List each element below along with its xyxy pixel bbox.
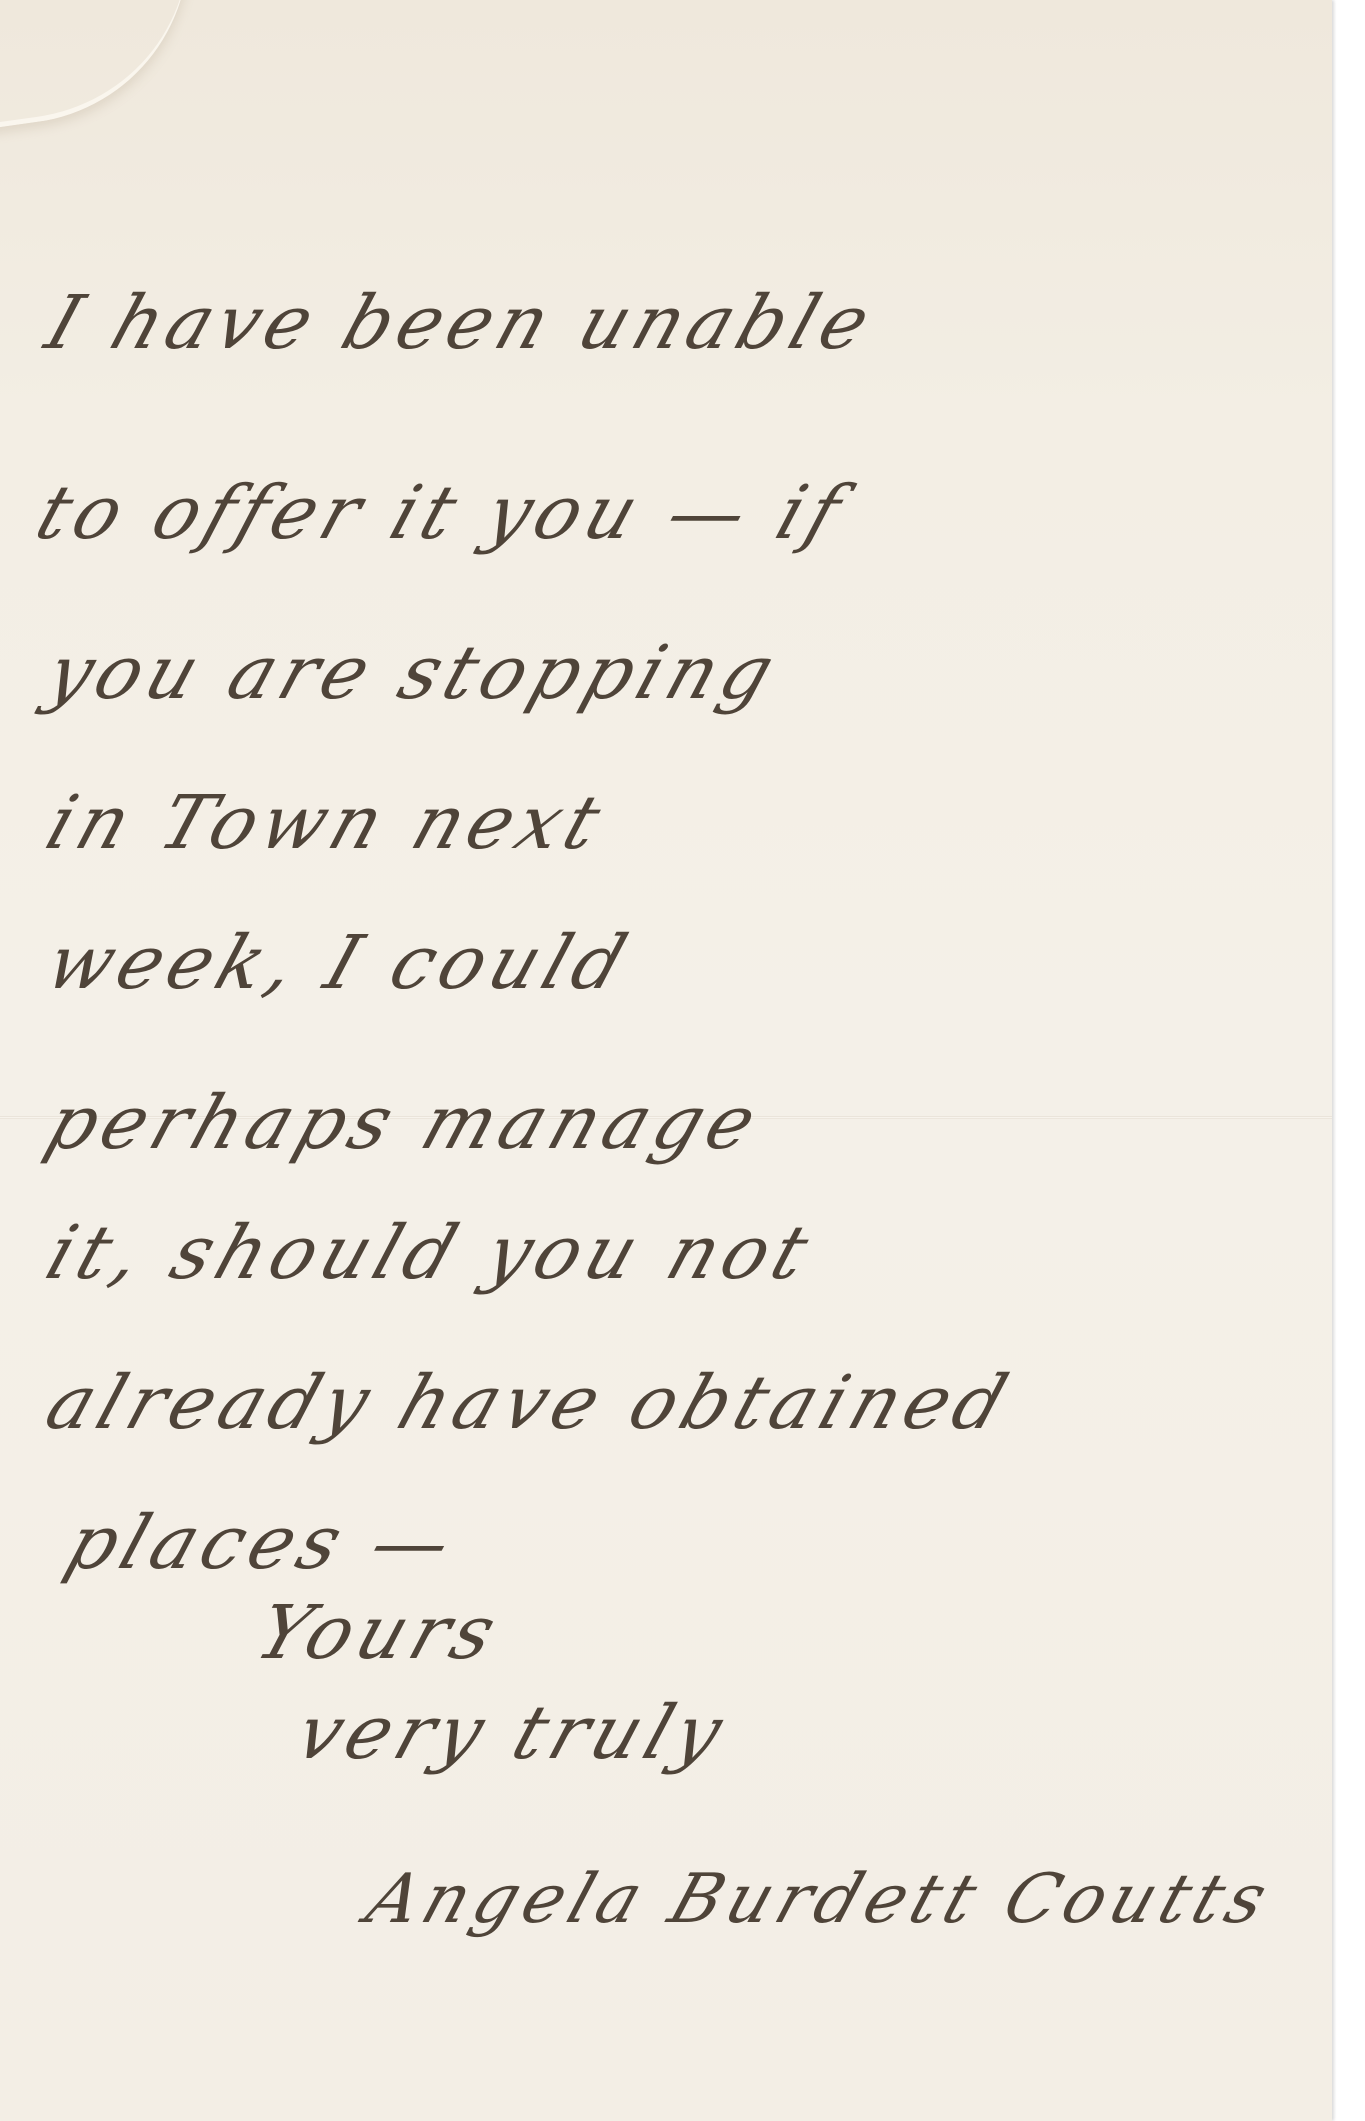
letter-line-5: week, I could — [36, 920, 642, 1006]
signature: Angela Burdett Coutts — [357, 1860, 1282, 1939]
paper-crease — [0, 0, 211, 131]
letter-line-4: in Town next — [36, 780, 616, 866]
closing-line-2: very truly — [286, 1690, 738, 1776]
letter-line-1: I have been unable — [36, 280, 886, 366]
letter-line-2: to offer it you — if — [26, 470, 857, 556]
letter-page: I have been unable to offer it you — if … — [0, 0, 1332, 2121]
closing-line-1: Yours — [246, 1590, 512, 1676]
letter-line-7: it, should you not — [36, 1210, 824, 1296]
letter-line-8: already have obtained — [36, 1360, 1023, 1446]
letter-line-9: places — — [56, 1500, 468, 1586]
letter-line-6: perhaps manage — [36, 1080, 772, 1166]
letter-line-3: you are stopping — [36, 630, 790, 716]
